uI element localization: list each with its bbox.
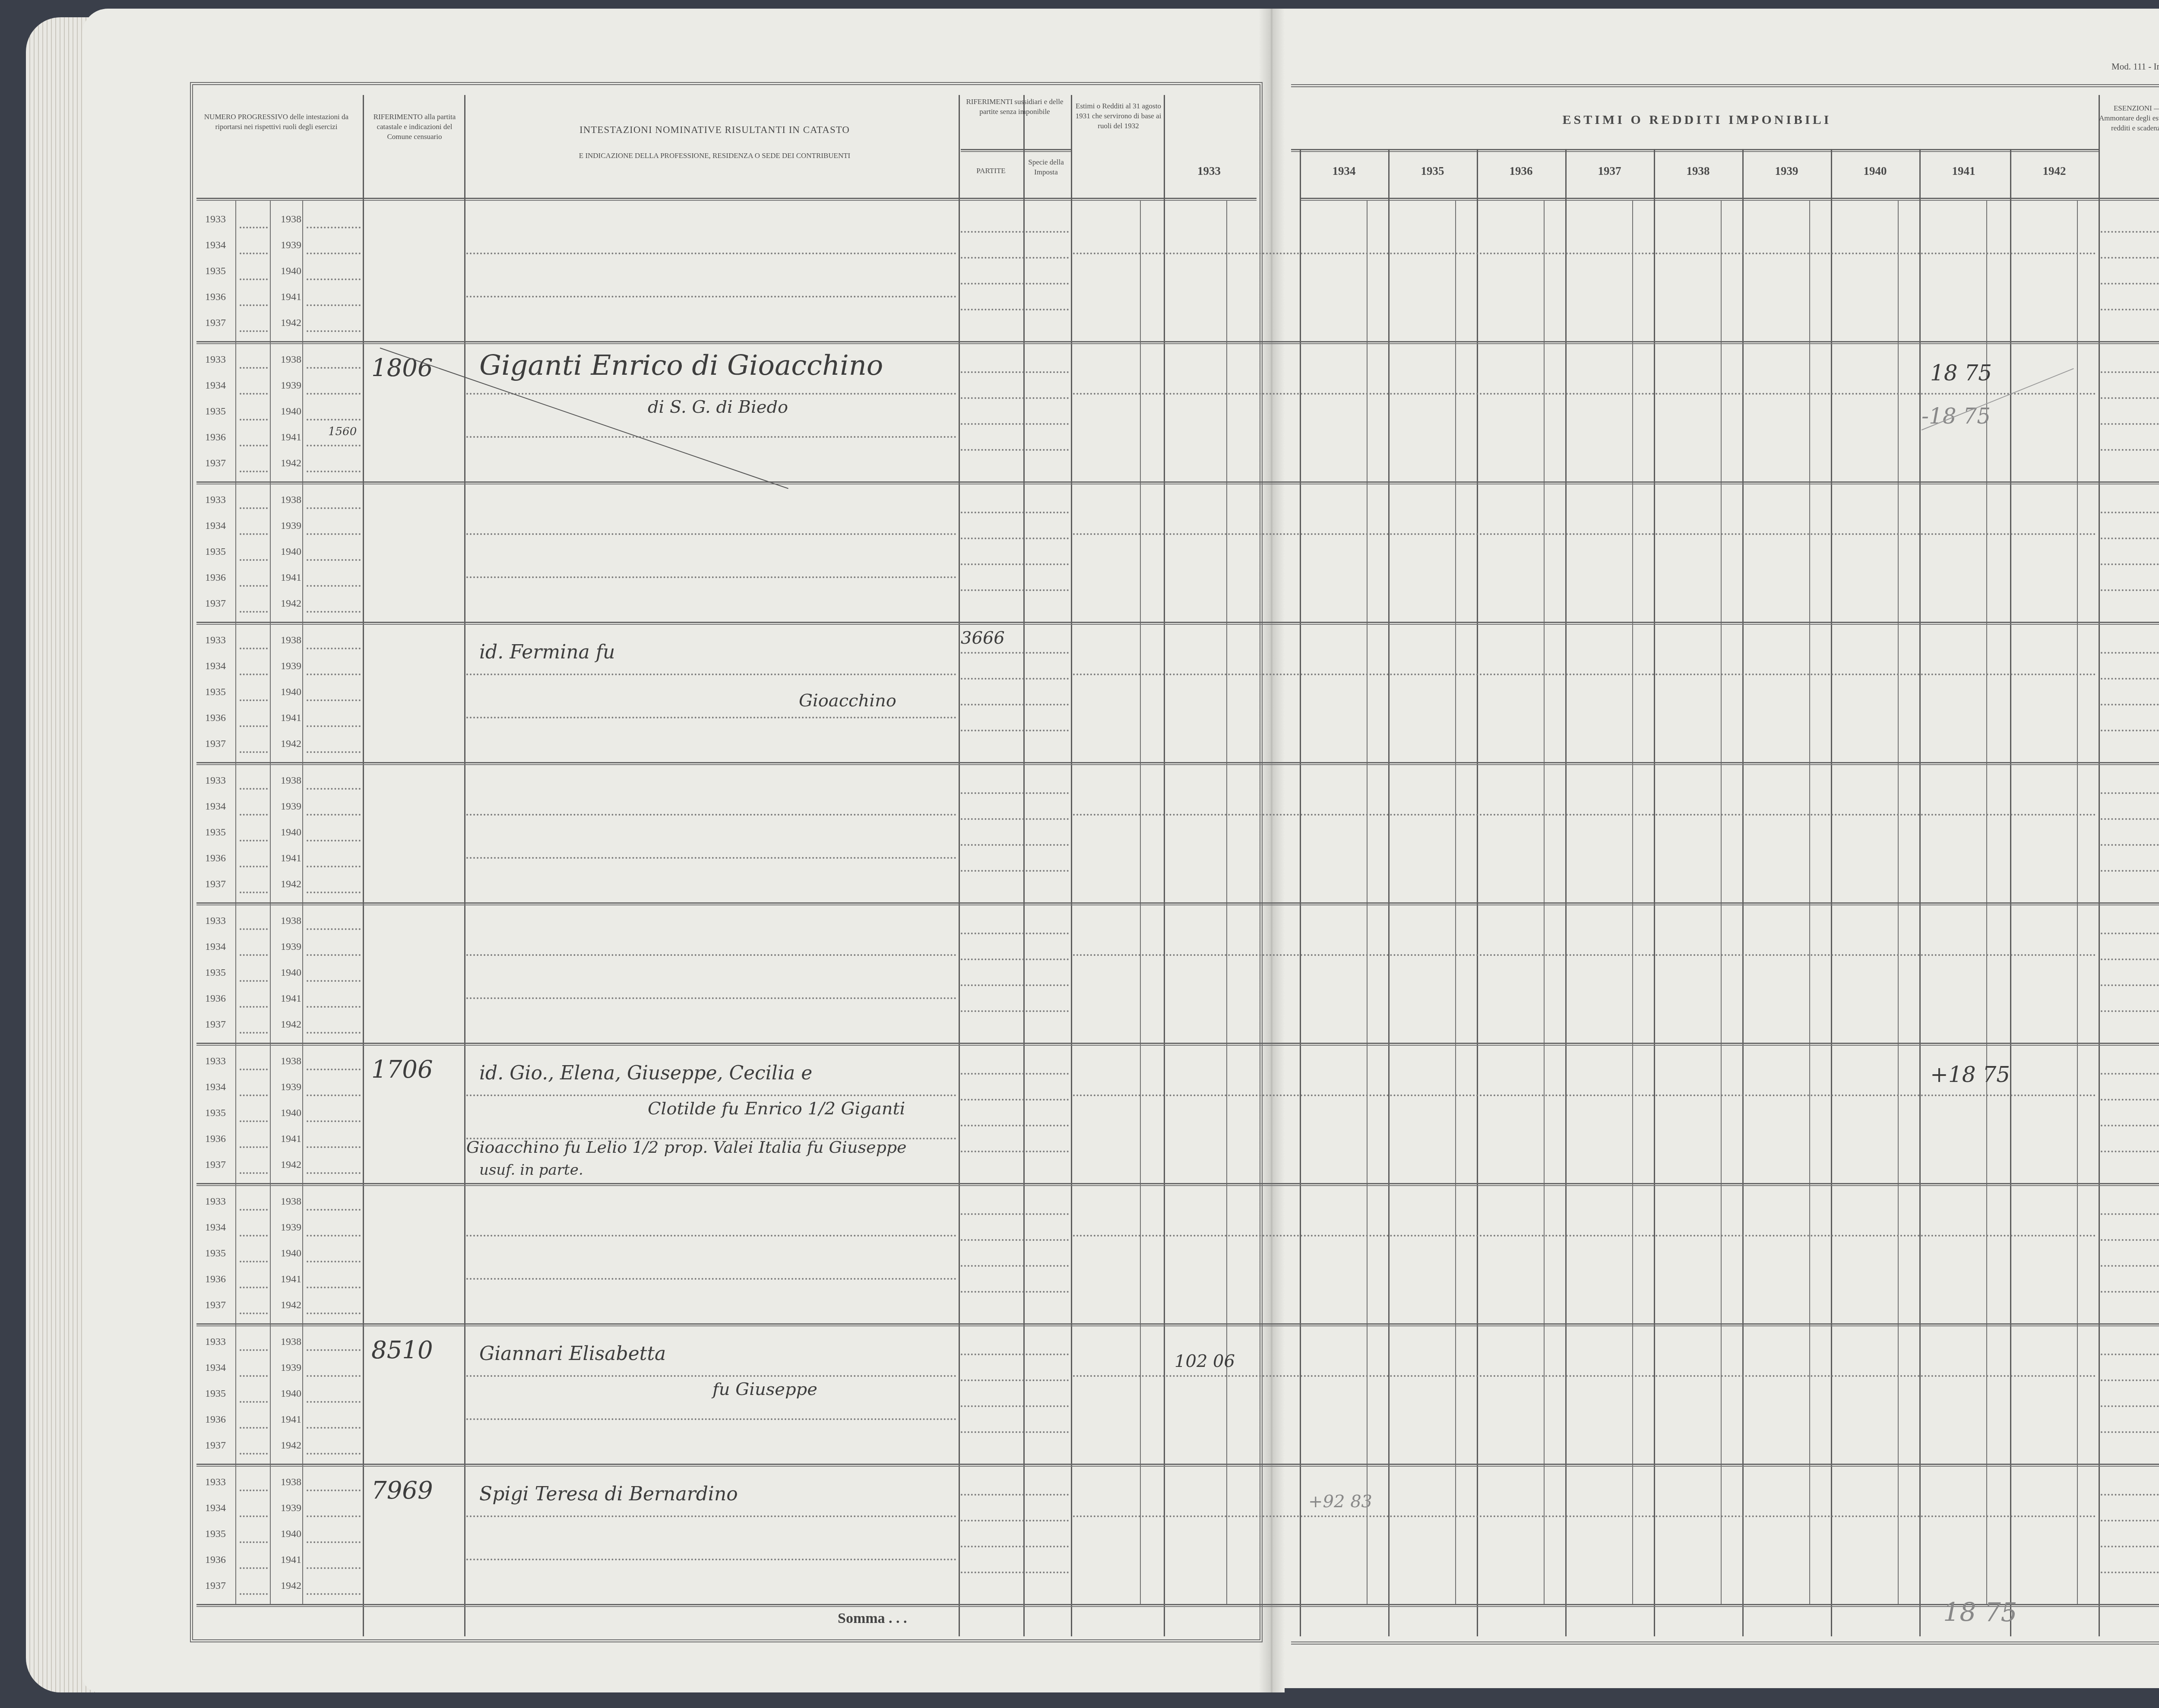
dotted-rule <box>2101 844 2159 846</box>
entry-name: Giganti Enrico di Gioacchino <box>479 350 883 382</box>
dotted-rule <box>466 674 956 675</box>
dotted-rule <box>466 1375 956 1377</box>
dotted-rule <box>466 393 956 395</box>
dotted-rule <box>240 611 268 613</box>
year-label: 1939 <box>281 1502 301 1514</box>
year-label: 1938 <box>281 1477 301 1488</box>
dotted-rule <box>307 648 361 649</box>
dotted-rule <box>2101 1213 2159 1215</box>
dotted-rule <box>1073 814 2096 816</box>
year-label: 1935 <box>205 1388 226 1400</box>
year-label: 1937 <box>205 317 226 329</box>
dotted-rule <box>240 585 268 587</box>
year-label: 1933 <box>205 494 226 506</box>
dotted-rule <box>466 997 956 999</box>
dotted-rule <box>307 1209 361 1211</box>
dotted-rule <box>961 730 1069 731</box>
year-label: 1941 <box>281 1274 301 1285</box>
year-label: 1940 <box>281 967 301 979</box>
year-label: 1941 <box>281 572 301 584</box>
year-label: 1941 <box>281 1554 301 1566</box>
dotted-rule <box>961 538 1069 539</box>
dotted-rule <box>240 227 268 228</box>
year-label: 1938 <box>281 635 301 646</box>
dotted-rule <box>961 1213 1069 1215</box>
dotted-rule <box>240 1349 268 1351</box>
dotted-rule <box>2101 984 2159 986</box>
dotted-rule <box>961 283 1069 285</box>
column-rule <box>1565 149 1567 1636</box>
dotted-rule <box>240 980 268 982</box>
dotted-rule <box>307 1261 361 1262</box>
dotted-rule <box>240 928 268 930</box>
dotted-rule <box>307 1069 361 1070</box>
year-label: 1942 <box>281 879 301 890</box>
dotted-rule <box>240 814 268 816</box>
year-label: 1935 <box>205 546 226 558</box>
header-numero-progressivo: NUMERO PROGRESSIVO delle intestazioni da… <box>199 112 354 132</box>
dotted-rule <box>466 717 956 718</box>
dotted-rule <box>961 423 1069 425</box>
year-label: 1934 <box>205 661 226 672</box>
column-rule <box>1742 149 1744 1636</box>
year-label: 1935 <box>205 1248 226 1259</box>
partita-ref: 1806 <box>371 354 433 382</box>
year-label: 1942 <box>281 1300 301 1311</box>
dotted-rule <box>466 1278 956 1280</box>
dotted-rule <box>307 892 361 893</box>
year-label: 1939 <box>281 661 301 672</box>
year-label: 1933 <box>205 1056 226 1067</box>
dotted-rule <box>1073 1094 2096 1096</box>
dotted-rule <box>240 1541 268 1543</box>
dotted-rule <box>961 1151 1069 1152</box>
year-label: 1935 <box>205 1107 226 1119</box>
header-year-1941: 1941 <box>1919 163 2008 179</box>
dotted-rule <box>2101 818 2159 820</box>
entry-name: id. Gio., Elena, Giuseppe, Cecilia e <box>479 1062 812 1084</box>
dotted-rule <box>307 304 361 306</box>
header-intestazioni: INTESTAZIONI NOMINATIVE RISULTANTI IN CA… <box>475 123 954 136</box>
year-label: 1941 <box>281 432 301 443</box>
dotted-rule <box>240 507 268 509</box>
dotted-rule <box>240 1032 268 1034</box>
dotted-rule <box>2101 678 2159 680</box>
year-label: 1933 <box>205 915 226 927</box>
value-1934: +92 83 <box>1308 1492 1372 1512</box>
dotted-rule <box>240 1120 268 1122</box>
year-label: 1937 <box>205 1580 226 1592</box>
year-label: 1937 <box>205 1300 226 1311</box>
year-label: 1934 <box>205 801 226 813</box>
year-label: 1935 <box>205 266 226 277</box>
year-label: 1941 <box>281 853 301 864</box>
dotted-rule <box>307 253 361 254</box>
year-label: 1938 <box>281 1056 301 1067</box>
dotted-rule <box>2101 1291 2159 1293</box>
dotted-rule <box>961 563 1069 565</box>
value-1941: 18 75 <box>1930 361 1992 386</box>
dotted-rule <box>466 576 956 578</box>
dotted-rule <box>307 559 361 561</box>
dotted-rule <box>307 330 361 332</box>
dotted-rule <box>240 1287 268 1288</box>
dotted-rule <box>240 751 268 753</box>
column-rule <box>1831 149 1832 1636</box>
header-year-1938: 1938 <box>1654 163 1742 179</box>
header-riferimento: RIFERIMENTO alla partita catastale e ind… <box>367 112 462 142</box>
dotted-rule <box>2101 730 2159 731</box>
entry-name: Giannari Elisabetta <box>479 1343 666 1365</box>
dotted-rule <box>307 611 361 613</box>
partita-ref: 7969 <box>371 1477 433 1505</box>
value-1941: +18 75 <box>1930 1062 2010 1087</box>
year-label: 1936 <box>205 993 226 1005</box>
dotted-rule <box>2101 1151 2159 1152</box>
dotted-rule <box>466 857 956 859</box>
year-label: 1938 <box>281 354 301 366</box>
dotted-rule <box>961 1239 1069 1241</box>
dotted-rule <box>961 1379 1069 1381</box>
dotted-rule <box>240 1490 268 1491</box>
dotted-rule <box>240 1453 268 1455</box>
year-label: 1940 <box>281 1248 301 1259</box>
entry-name-line2: Gioacchino <box>799 691 896 711</box>
year-label: 1938 <box>281 915 301 927</box>
dotted-rule <box>2101 958 2159 960</box>
dotted-rule <box>466 436 956 438</box>
dotted-rule <box>307 1541 361 1543</box>
dotted-rule <box>307 1146 361 1148</box>
dotted-rule <box>961 589 1069 591</box>
dotted-rule <box>307 1287 361 1288</box>
year-label: 1938 <box>281 775 301 787</box>
year-label: 1940 <box>281 1388 301 1400</box>
dotted-rule <box>961 449 1069 451</box>
dotted-rule <box>1073 1515 2096 1517</box>
dotted-rule <box>307 980 361 982</box>
dotted-rule <box>240 1261 268 1262</box>
year-label: 1933 <box>205 635 226 646</box>
dotted-rule <box>240 1172 268 1174</box>
dotted-rule <box>2101 449 2159 451</box>
dotted-rule <box>307 699 361 701</box>
year-label: 1940 <box>281 827 301 838</box>
dotted-rule <box>240 278 268 280</box>
year-label: 1933 <box>205 1477 226 1488</box>
header-year-1935: 1935 <box>1388 163 1477 179</box>
year-label: 1936 <box>205 712 226 724</box>
dotted-rule <box>961 1431 1069 1433</box>
dotted-rule <box>2101 1572 2159 1573</box>
dotted-rule <box>2101 1405 2159 1407</box>
dotted-rule <box>240 419 268 421</box>
dotted-rule <box>307 954 361 956</box>
year-label: 1934 <box>205 1222 226 1234</box>
entry-name-line4: usuf. in parte. <box>479 1161 583 1179</box>
dotted-rule <box>961 309 1069 310</box>
dotted-rule <box>240 892 268 893</box>
right-table-frame <box>1291 84 2159 1645</box>
year-label: 1936 <box>205 432 226 443</box>
dotted-rule <box>307 1313 361 1314</box>
year-label: 1939 <box>281 941 301 953</box>
partita-ref: 1706 <box>371 1056 433 1084</box>
header-professione: E INDICAZIONE DELLA PROFESSIONE, RESIDEN… <box>475 151 954 161</box>
dotted-rule <box>961 818 1069 820</box>
dotted-rule <box>2101 423 2159 425</box>
year-label: 1938 <box>281 214 301 225</box>
total-1941: 18 75 <box>1943 1597 2017 1628</box>
column-rule <box>1654 149 1655 1636</box>
year-label: 1934 <box>205 380 226 392</box>
column-rule <box>2099 95 2100 1636</box>
dotted-rule <box>307 1453 361 1455</box>
column-rule <box>959 95 960 1636</box>
dotted-rule <box>2101 933 2159 934</box>
dotted-rule <box>240 840 268 841</box>
partite-value: 3666 <box>961 628 1005 648</box>
header-rule-left <box>196 198 1257 201</box>
year-label: 1933 <box>205 1336 226 1348</box>
header-rule-right <box>1300 198 2159 201</box>
entry-separator <box>196 1183 2159 1186</box>
dotted-rule <box>307 1401 361 1403</box>
dotted-rule <box>307 1427 361 1429</box>
dotted-rule <box>2101 257 2159 259</box>
dotted-rule <box>961 1073 1069 1075</box>
dotted-rule <box>961 1125 1069 1126</box>
year-label: 1937 <box>205 598 226 610</box>
header-riferimenti-sussidiari: RIFERIMENTI sussidiari e delle partite s… <box>961 97 1069 117</box>
dotted-rule <box>240 471 268 472</box>
dotted-rule <box>2101 1010 2159 1012</box>
entry-separator <box>196 341 2159 344</box>
dotted-rule <box>2101 1125 2159 1126</box>
year-label: 1937 <box>205 738 226 750</box>
dotted-rule <box>2101 1354 2159 1355</box>
dotted-rule <box>2101 1546 2159 1547</box>
column-rule <box>464 95 465 1636</box>
year-label: 1942 <box>281 1159 301 1171</box>
dotted-rule <box>466 253 956 254</box>
dotted-rule <box>307 227 361 228</box>
dotted-rule <box>307 585 361 587</box>
dotted-rule <box>240 674 268 675</box>
dotted-rule <box>307 814 361 816</box>
dotted-rule <box>2101 397 2159 399</box>
dotted-rule <box>240 559 268 561</box>
dotted-rule <box>307 507 361 509</box>
dotted-rule <box>2101 563 2159 565</box>
dotted-rule <box>307 1593 361 1595</box>
header-year-1937: 1937 <box>1565 163 1654 179</box>
year-label: 1934 <box>205 240 226 251</box>
year-label: 1935 <box>205 827 226 838</box>
year-label: 1937 <box>205 1159 226 1171</box>
dotted-rule <box>1073 1235 2096 1237</box>
year-label: 1934 <box>205 1362 226 1374</box>
riferimenti-subrule <box>961 149 1071 152</box>
dotted-rule <box>307 1515 361 1517</box>
column-rule <box>1919 149 1921 1636</box>
dotted-rule <box>240 1427 268 1429</box>
year-label: 1936 <box>205 1274 226 1285</box>
year-label: 1939 <box>281 1362 301 1374</box>
year-label: 1936 <box>205 572 226 584</box>
dotted-rule <box>961 1572 1069 1573</box>
dotted-rule <box>307 840 361 841</box>
estimi-subrule <box>1291 149 2099 152</box>
dotted-rule <box>2101 1239 2159 1241</box>
dotted-rule <box>240 1069 268 1070</box>
dotted-rule <box>240 1006 268 1008</box>
column-rule <box>1300 149 1301 1636</box>
dotted-rule <box>961 1354 1069 1355</box>
year-label: 1939 <box>281 380 301 392</box>
year-label: 1940 <box>281 1107 301 1119</box>
dotted-rule <box>240 1375 268 1377</box>
dotted-rule <box>307 1120 361 1122</box>
dotted-rule <box>307 674 361 675</box>
dotted-rule <box>240 725 268 727</box>
header-year-1939: 1939 <box>1742 163 1831 179</box>
year-label: 1938 <box>281 494 301 506</box>
dotted-rule <box>240 533 268 535</box>
dotted-rule <box>961 1291 1069 1293</box>
dotted-rule <box>961 1520 1069 1521</box>
dotted-rule <box>307 367 361 369</box>
entry-name-line3: Gioacchino fu Lelio 1/2 prop. Valei Ital… <box>466 1138 907 1157</box>
year-label: 1941 <box>281 993 301 1005</box>
dotted-rule <box>1073 1375 2096 1377</box>
dotted-rule <box>1073 533 2096 535</box>
dotted-rule <box>961 1099 1069 1101</box>
entry-name: Spigi Teresa di Bernardino <box>479 1483 738 1505</box>
year-label: 1942 <box>281 1440 301 1452</box>
dotted-rule <box>307 751 361 753</box>
year-label: 1940 <box>281 1528 301 1540</box>
year-label: 1942 <box>281 317 301 329</box>
year-label: 1942 <box>281 738 301 750</box>
dotted-rule <box>2101 792 2159 794</box>
dotted-rule <box>961 231 1069 233</box>
header-year-1933: 1933 <box>1166 163 1252 179</box>
dotted-rule <box>307 393 361 395</box>
dotted-rule <box>307 725 361 727</box>
dotted-rule <box>307 788 361 790</box>
year-label: 1933 <box>205 775 226 787</box>
dotted-rule <box>961 870 1069 872</box>
dotted-rule <box>1073 954 2096 956</box>
dotted-rule <box>2101 1520 2159 1521</box>
dotted-rule <box>307 1032 361 1034</box>
partita-ref: 8510 <box>371 1336 433 1364</box>
dotted-rule <box>2101 1099 2159 1101</box>
column-rule <box>1388 149 1390 1636</box>
dotted-rule <box>307 1235 361 1237</box>
dotted-rule <box>307 419 361 421</box>
column-rule <box>2010 149 2011 1636</box>
year-label: 1933 <box>205 354 226 366</box>
year-label: 1937 <box>205 458 226 469</box>
dotted-rule <box>2101 704 2159 705</box>
dotted-rule <box>961 1494 1069 1496</box>
column-rule <box>363 95 364 1636</box>
dotted-rule <box>961 792 1069 794</box>
header-year-1936: 1936 <box>1477 163 1565 179</box>
column-rule <box>1164 95 1165 1636</box>
dotted-rule <box>466 1235 956 1237</box>
year-label: 1935 <box>205 406 226 418</box>
year-label: 1939 <box>281 240 301 251</box>
year-label: 1935 <box>205 1528 226 1540</box>
year-label: 1936 <box>205 291 226 303</box>
dotted-rule <box>1073 253 2096 254</box>
dotted-rule <box>2101 538 2159 539</box>
somma-label: Somma . . . <box>838 1610 907 1627</box>
year-label: 1936 <box>205 1554 226 1566</box>
header-estimi-1931: Estimi o Redditi al 31 agosto 1931 che s… <box>1073 101 1164 131</box>
dotted-rule <box>240 1209 268 1211</box>
year-label: 1936 <box>205 1414 226 1426</box>
year-label: 1936 <box>205 1133 226 1145</box>
dotted-rule <box>961 844 1069 846</box>
year-label: 1935 <box>205 686 226 698</box>
dotted-rule <box>307 928 361 930</box>
dotted-rule <box>2101 371 2159 373</box>
year-label: 1940 <box>281 686 301 698</box>
dotted-rule <box>240 304 268 306</box>
dotted-rule <box>307 533 361 535</box>
dotted-rule <box>466 954 956 956</box>
dotted-rule <box>961 958 1069 960</box>
dotted-rule <box>240 1515 268 1517</box>
year-label: 1941 <box>281 712 301 724</box>
dotted-rule <box>466 1559 956 1560</box>
entry-separator <box>196 481 2159 484</box>
dotted-rule <box>240 367 268 369</box>
header-esenzioni: ESENZIONI — Ammontare degli estimi o red… <box>2099 104 2159 133</box>
dotted-rule <box>961 704 1069 705</box>
dotted-rule <box>307 1375 361 1377</box>
dotted-rule <box>240 954 268 956</box>
header-estimi-imponibili: ESTIMI O REDDITI IMPONIBILI <box>1295 111 2099 129</box>
year-label: 1942 <box>281 598 301 610</box>
dotted-rule <box>240 1401 268 1403</box>
dotted-rule <box>240 866 268 867</box>
dotted-rule <box>1073 393 2096 395</box>
book-gutter <box>1259 9 1285 1692</box>
dotted-rule <box>307 471 361 472</box>
entry-separator <box>196 1323 2159 1326</box>
dotted-rule <box>961 1010 1069 1012</box>
year-label: 1942 <box>281 1580 301 1592</box>
dotted-rule <box>1073 674 2096 675</box>
year-label: 1940 <box>281 406 301 418</box>
dotted-rule <box>2101 1494 2159 1496</box>
dotted-rule <box>961 984 1069 986</box>
year-label: 1938 <box>281 1336 301 1348</box>
dotted-rule <box>240 1146 268 1148</box>
year-label: 1939 <box>281 1082 301 1093</box>
dotted-rule <box>2101 512 2159 513</box>
dotted-rule <box>307 1349 361 1351</box>
year-label: 1941 <box>281 1133 301 1145</box>
dotted-rule <box>240 699 268 701</box>
header-year-1942: 1942 <box>2010 163 2099 179</box>
dotted-rule <box>240 1313 268 1314</box>
